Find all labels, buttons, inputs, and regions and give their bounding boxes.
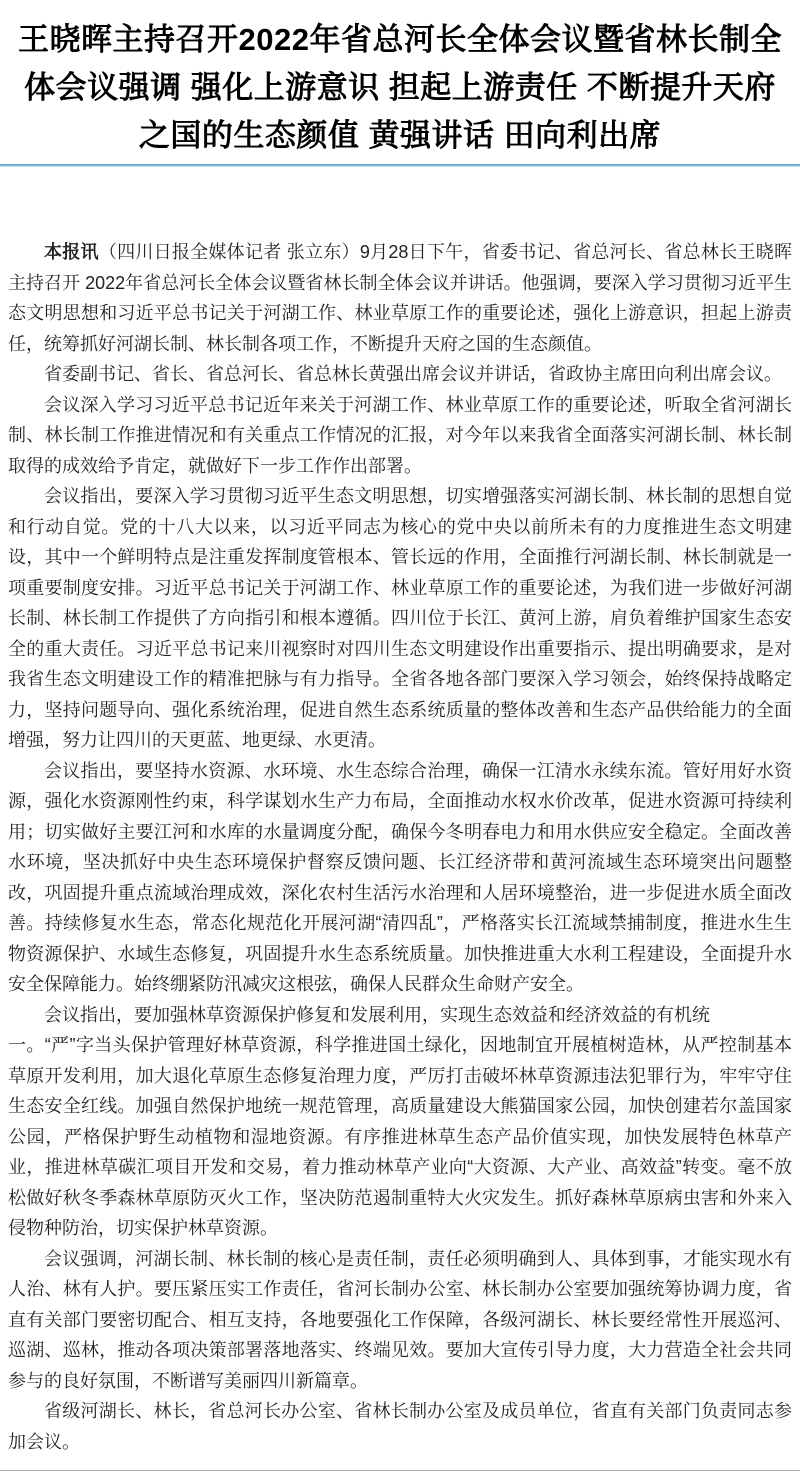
article-paragraph: 省级河湖长、林长，省总河长办公室、省林长制办公室及成员单位，省直有关部门负责同志…	[8, 1396, 792, 1457]
article-paragraph: 省委副书记、省长、省总河长、省总林长黄强出席会议并讲话，省政协主席田向利出席会议…	[8, 359, 792, 390]
lead-text: （四川日报全媒体记者 张立东）9月28日下午，省委书记、省总河长、省总林长王晓晖…	[8, 242, 792, 354]
article-body: 本报讯（四川日报全媒体记者 张立东）9月28日下午，省委书记、省总河长、省总林长…	[0, 237, 800, 1457]
article-paragraph: 会议指出，要深入学习贯彻习近平生态文明思想，切实增强落实河湖长制、林长制的思想自…	[8, 481, 792, 756]
title-divider	[0, 164, 800, 167]
article-paragraph: 会议指出，要加强林草资源保护修复和发展利用，实现生态效益和经济效益的有机统 一。…	[8, 1000, 792, 1244]
bottom-rule	[0, 1470, 800, 1471]
article-paragraph: 会议强调，河湖长制、林长制的核心是责任制，责任必须明确到人、具体到事，才能实现水…	[8, 1244, 792, 1397]
article-title: 王晓晖主持召开2022年省总河长全体会议暨省林长制全体会议强调 强化上游意识 担…	[10, 16, 790, 160]
article-paragraph: 会议深入学习习近平总书记近年来关于河湖工作、林业草原工作的重要论述，听取全省河湖…	[8, 390, 792, 482]
lead-paragraph: 本报讯（四川日报全媒体记者 张立东）9月28日下午，省委书记、省总河长、省总林长…	[8, 237, 792, 359]
article-paragraph: 会议指出，要坚持水资源、水环境、水生态综合治理，确保一江清水永续东流。管好用好水…	[8, 756, 792, 1000]
lead-prefix: 本报讯	[44, 242, 99, 262]
